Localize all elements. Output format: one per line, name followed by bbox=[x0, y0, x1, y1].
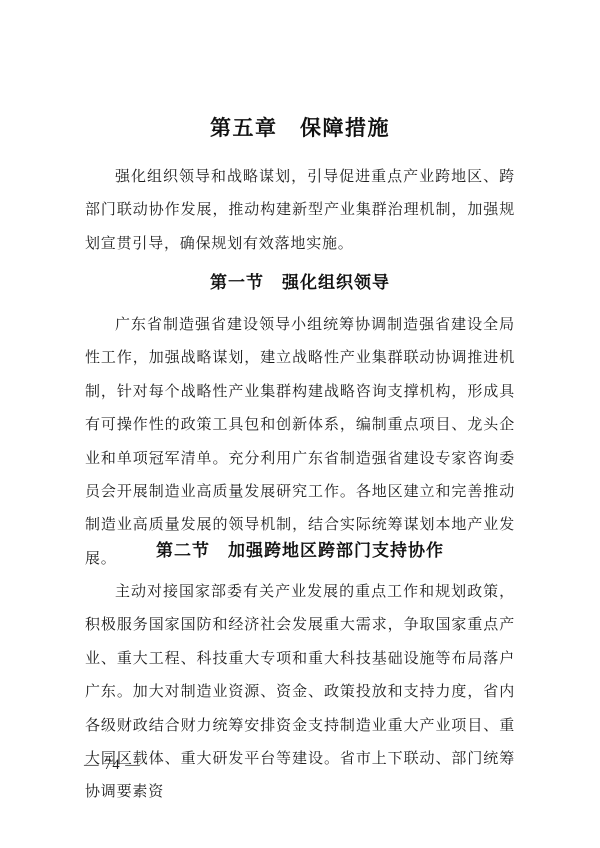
page-number: — 74 — bbox=[84, 757, 141, 774]
section-title-1: 第一节 强化组织领导 bbox=[0, 268, 600, 293]
section-2-paragraph: 主动对接国家部委有关产业发展的重点工作和规划政策，积极服务国家国防和经济社会发展… bbox=[85, 576, 515, 810]
intro-paragraph: 强化组织领导和战略谋划，引导促进重点产业跨地区、跨部门联动协作发展，推动构建新型… bbox=[85, 161, 515, 261]
section-title-2: 第二节 加强跨地区跨部门支持协作 bbox=[0, 536, 600, 561]
chapter-title: 第五章 保障措施 bbox=[0, 112, 600, 142]
document-page: 第五章 保障措施 强化组织领导和战略谋划，引导促进重点产业跨地区、跨部门联动协作… bbox=[0, 0, 600, 848]
